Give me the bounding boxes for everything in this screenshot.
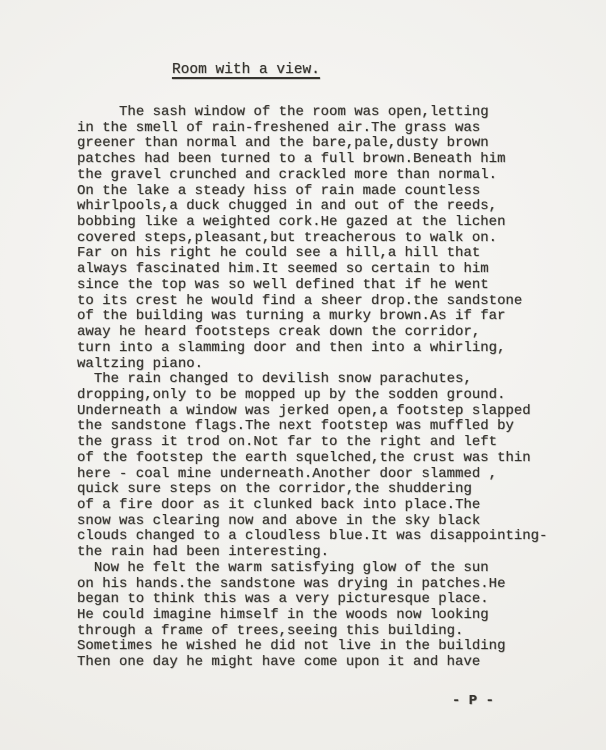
paragraph-2: The rain changed to devilish snow parach… [77, 372, 567, 561]
paragraph-3: Now he felt the warm satisfying glow of … [77, 561, 567, 671]
document-body: The sash window of the room was open,let… [77, 105, 567, 671]
page-number: - P - [452, 693, 494, 709]
document-title: Room with a view. [172, 61, 320, 79]
paragraph-1: The sash window of the room was open,let… [77, 105, 567, 372]
